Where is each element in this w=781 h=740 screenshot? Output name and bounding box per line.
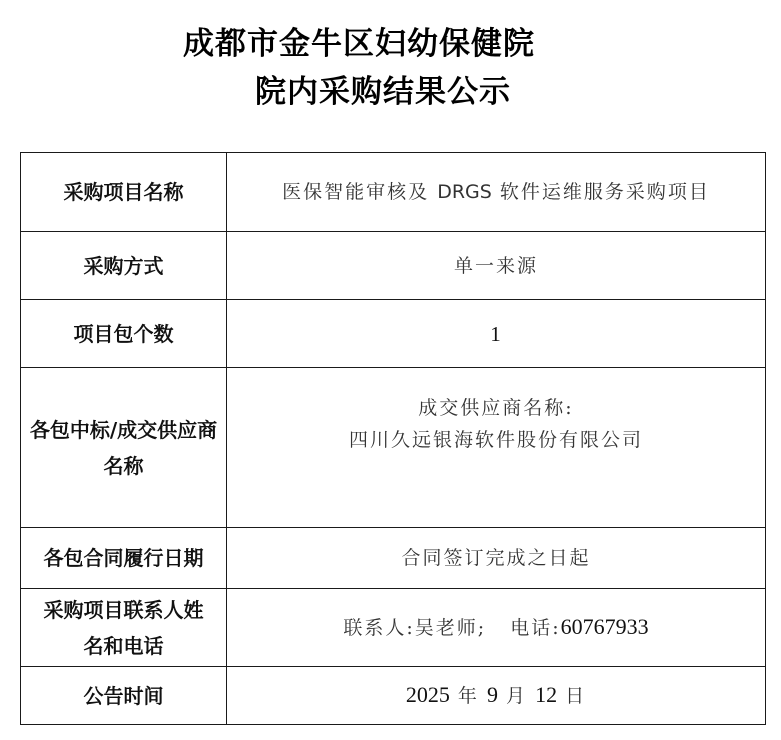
procurement-result-table: 采购项目名称 医保智能审核及 DRGS 软件运维服务采购项目 采购方式 单一来源… [20, 152, 766, 725]
label-project-name: 采购项目名称 [21, 153, 227, 232]
table-row-contract-date: 各包合同履行日期 合同签订完成之日起 [21, 528, 766, 589]
project-name-prefix: 医保智能审核及 [282, 181, 429, 203]
contact-label: 联系人: [343, 617, 414, 639]
table-row-project-name: 采购项目名称 医保智能审核及 DRGS 软件运维服务采购项目 [21, 153, 766, 232]
table-row-contact: 采购项目联系人姓 名和电话 联系人:吴老师; 电话:60767933 [21, 589, 766, 667]
table-row-procurement-method: 采购方式 单一来源 [21, 232, 766, 300]
supplier-caption: 成交供应商名称: [233, 392, 759, 424]
label-contact-line1: 采购项目联系人姓 [27, 592, 220, 628]
value-supplier: 成交供应商名称: 四川久远银海软件股份有限公司 [227, 368, 766, 528]
label-contact: 采购项目联系人姓 名和电话 [21, 589, 227, 667]
label-notice-date: 公告时间 [21, 667, 227, 725]
value-package-count: 1 [227, 300, 766, 368]
phone-number: 60767933 [561, 614, 649, 639]
value-project-name: 医保智能审核及 DRGS 软件运维服务采购项目 [227, 153, 766, 232]
value-procurement-method: 单一来源 [227, 232, 766, 300]
table-row-supplier: 各包中标/成交供应商名称 成交供应商名称: 四川久远银海软件股份有限公司 [21, 368, 766, 528]
label-procurement-method: 采购方式 [21, 232, 227, 300]
label-contact-line2: 名和电话 [27, 628, 220, 664]
document-title-line2: 院内采购结果公示 [255, 66, 781, 111]
document-title-line1: 成都市金牛区妇幼保健院 [183, 18, 781, 63]
notice-year: 2025 [406, 682, 450, 707]
project-name-latin: DRGS [437, 181, 492, 203]
table-row-notice-date: 公告时间 2025 年 9 月 12 日 [21, 667, 766, 725]
table-row-package-count: 项目包个数 1 [21, 300, 766, 368]
value-notice-date: 2025 年 9 月 12 日 [227, 667, 766, 725]
label-contract-date: 各包合同履行日期 [21, 528, 227, 589]
supplier-name: 四川久远银海软件股份有限公司 [233, 424, 759, 456]
phone-label: 电话: [510, 617, 560, 639]
label-package-count: 项目包个数 [21, 300, 227, 368]
project-name-suffix: 软件运维服务采购项目 [500, 181, 710, 203]
notice-year-unit: 年 [458, 685, 479, 707]
notice-day-unit: 日 [565, 685, 586, 707]
value-contact: 联系人:吴老师; 电话:60767933 [227, 589, 766, 667]
notice-day: 12 [535, 682, 557, 707]
value-contract-date: 合同签订完成之日起 [227, 528, 766, 589]
notice-month: 9 [487, 682, 498, 707]
contact-name: 吴老师; [415, 617, 486, 639]
label-supplier: 各包中标/成交供应商名称 [21, 368, 227, 528]
notice-month-unit: 月 [506, 685, 527, 707]
